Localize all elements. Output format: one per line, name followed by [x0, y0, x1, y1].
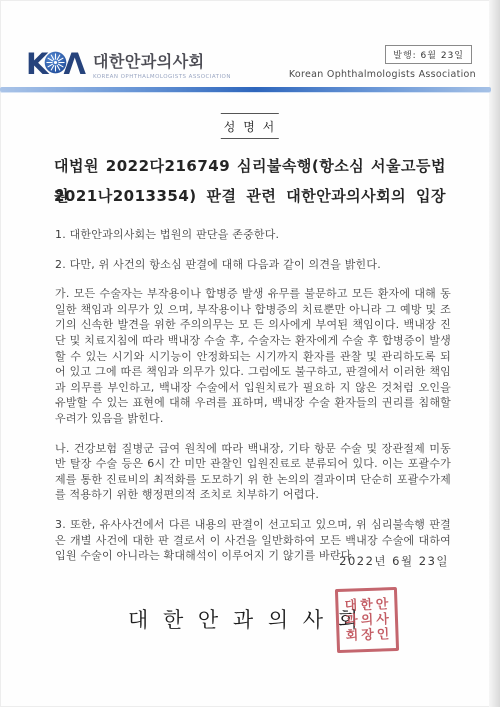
signature-org-name: 대 한 안 과 의 사 회 [128, 604, 362, 634]
paragraph-2: 2. 다만, 위 사건의 항소심 판결에 대해 다음과 같이 의견을 밝힌다. [55, 257, 451, 273]
document-date: 2022년 6월 23일 [55, 553, 449, 569]
issue-date-box: 발행: 6월 23일 [385, 45, 472, 64]
official-seal-stamp: 대한안 과의사 회장인 [335, 587, 399, 653]
document-title-line1: 대법원 2022다216749 심리불속행(항소심 서울고등법원 [54, 151, 446, 181]
stamp-row-1: 대한안 [341, 597, 391, 614]
scan-edge [489, 0, 500, 707]
logo-letter-a: Λ [63, 50, 85, 79]
paragraph-ga: 가. 모든 수술자는 부작용이나 합병증 발생 유무를 불문하고 모든 환자에 … [55, 286, 451, 426]
org-name-english-small: KOREAN OPHTHALMOLOGISTS ASSOCIATION [93, 74, 231, 80]
org-name-korean: 대한안과의사회 [93, 49, 231, 72]
paragraph-na: 나. 건강보험 질병군 급여 원칙에 따라 백내장, 기타 항문 수술 및 장관… [55, 441, 451, 503]
stamp-row-3: 회장인 [342, 627, 392, 644]
statement-body: 1. 대한안과의사회는 법원의 판단을 존중한다. 2. 다만, 위 사건의 항… [55, 227, 451, 578]
stamp-row-2: 과의사 [342, 612, 392, 629]
statement-document-page: K [0, 0, 500, 707]
paragraph-1: 1. 대한안과의사회는 법원의 판단을 존중한다. [55, 227, 451, 243]
logo-text: 대한안과의사회 KOREAN OPHTHALMOLOGISTS ASSOCIAT… [93, 49, 231, 80]
document-type-title: 성 명 서 [221, 113, 279, 139]
header-divider-rule [0, 87, 491, 92]
document-title: 대법원 2022다216749 심리불속행(항소심 서울고등법원 2021나20… [54, 151, 446, 211]
org-logo: K [26, 49, 231, 80]
koa-logo-mark: K [26, 50, 86, 79]
org-name-english: Korean Ophthalmologists Association [289, 69, 476, 80]
document-title-line2: 2021나2013354) 판결 관련 대한안과의사회의 입장 [54, 181, 446, 211]
